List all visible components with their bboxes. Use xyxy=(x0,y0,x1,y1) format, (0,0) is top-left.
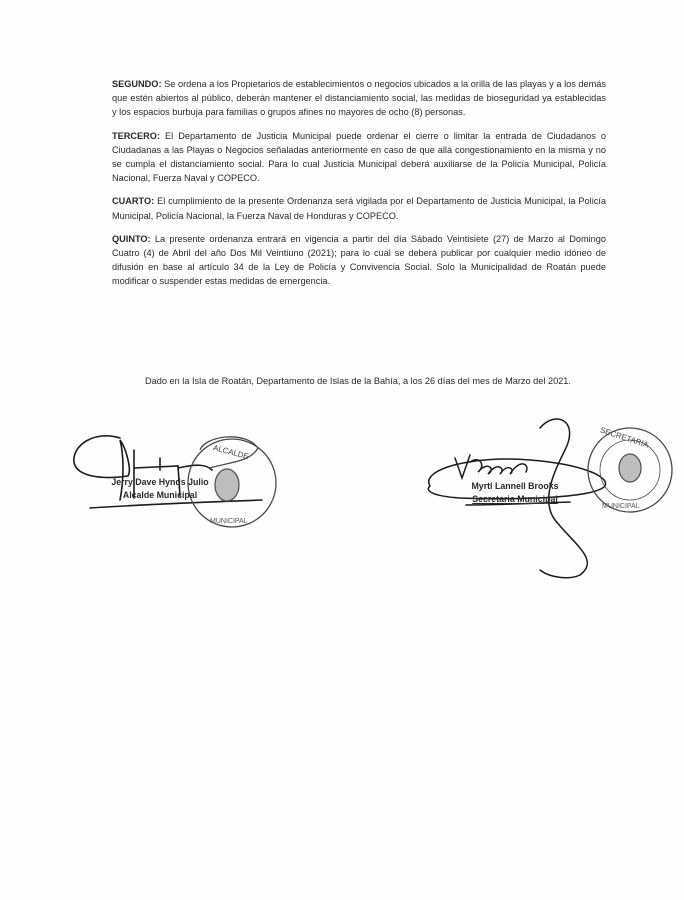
signature-block-secretaria: Myrtl Lannell Brooks Secretaria Municipa… xyxy=(450,480,580,506)
paragraph-label: CUARTO: xyxy=(112,196,154,206)
svg-text:ALCALDE: ALCALDE xyxy=(212,443,250,461)
signatory-title: Secretaria Municipal xyxy=(450,493,580,506)
ordinance-body: SEGUNDO: Se ordena a los Propietarios de… xyxy=(112,77,606,298)
stamp-secretaria-icon: SECRETARIA MUNICIPAL xyxy=(588,425,672,512)
svg-text:MUNICIPAL: MUNICIPAL xyxy=(602,503,640,510)
signatory-name: Jerry Dave Hynds Julio xyxy=(95,476,225,489)
paragraph-quinto: QUINTO: La presente ordenanza entrará en… xyxy=(112,232,606,289)
svg-text:SECRETARIA: SECRETARIA xyxy=(599,425,650,449)
signatory-title: Alcalde Municipal xyxy=(95,489,225,502)
paragraph-label: TERCERO: xyxy=(112,131,160,141)
paragraph-segundo: SEGUNDO: Se ordena a los Propietarios de… xyxy=(112,77,606,120)
document-page: SEGUNDO: Se ordena a los Propietarios de… xyxy=(0,0,684,900)
signatory-name: Myrtl Lannell Brooks xyxy=(450,480,580,493)
paragraph-text: Se ordena a los Propietarios de establec… xyxy=(112,79,606,117)
svg-text:MUNICIPAL: MUNICIPAL xyxy=(210,518,248,525)
paragraph-text: La presente ordenanza entrará en vigenci… xyxy=(112,234,606,287)
paragraph-text: El cumplimiento de la presente Ordenanza… xyxy=(112,196,606,220)
paragraph-tercero: TERCERO: El Departamento de Justicia Mun… xyxy=(112,129,606,186)
signature-block-alcalde: Jerry Dave Hynds Julio Alcalde Municipal xyxy=(95,476,225,502)
paragraph-cuarto: CUARTO: El cumplimiento de la presente O… xyxy=(112,194,606,222)
paragraph-text: El Departamento de Justicia Municipal pu… xyxy=(112,131,606,184)
paragraph-label: SEGUNDO: xyxy=(112,79,162,89)
paragraph-label: QUINTO: xyxy=(112,234,151,244)
closing-statement: Dado en la Isla de Roatán, Departamento … xyxy=(108,376,608,386)
